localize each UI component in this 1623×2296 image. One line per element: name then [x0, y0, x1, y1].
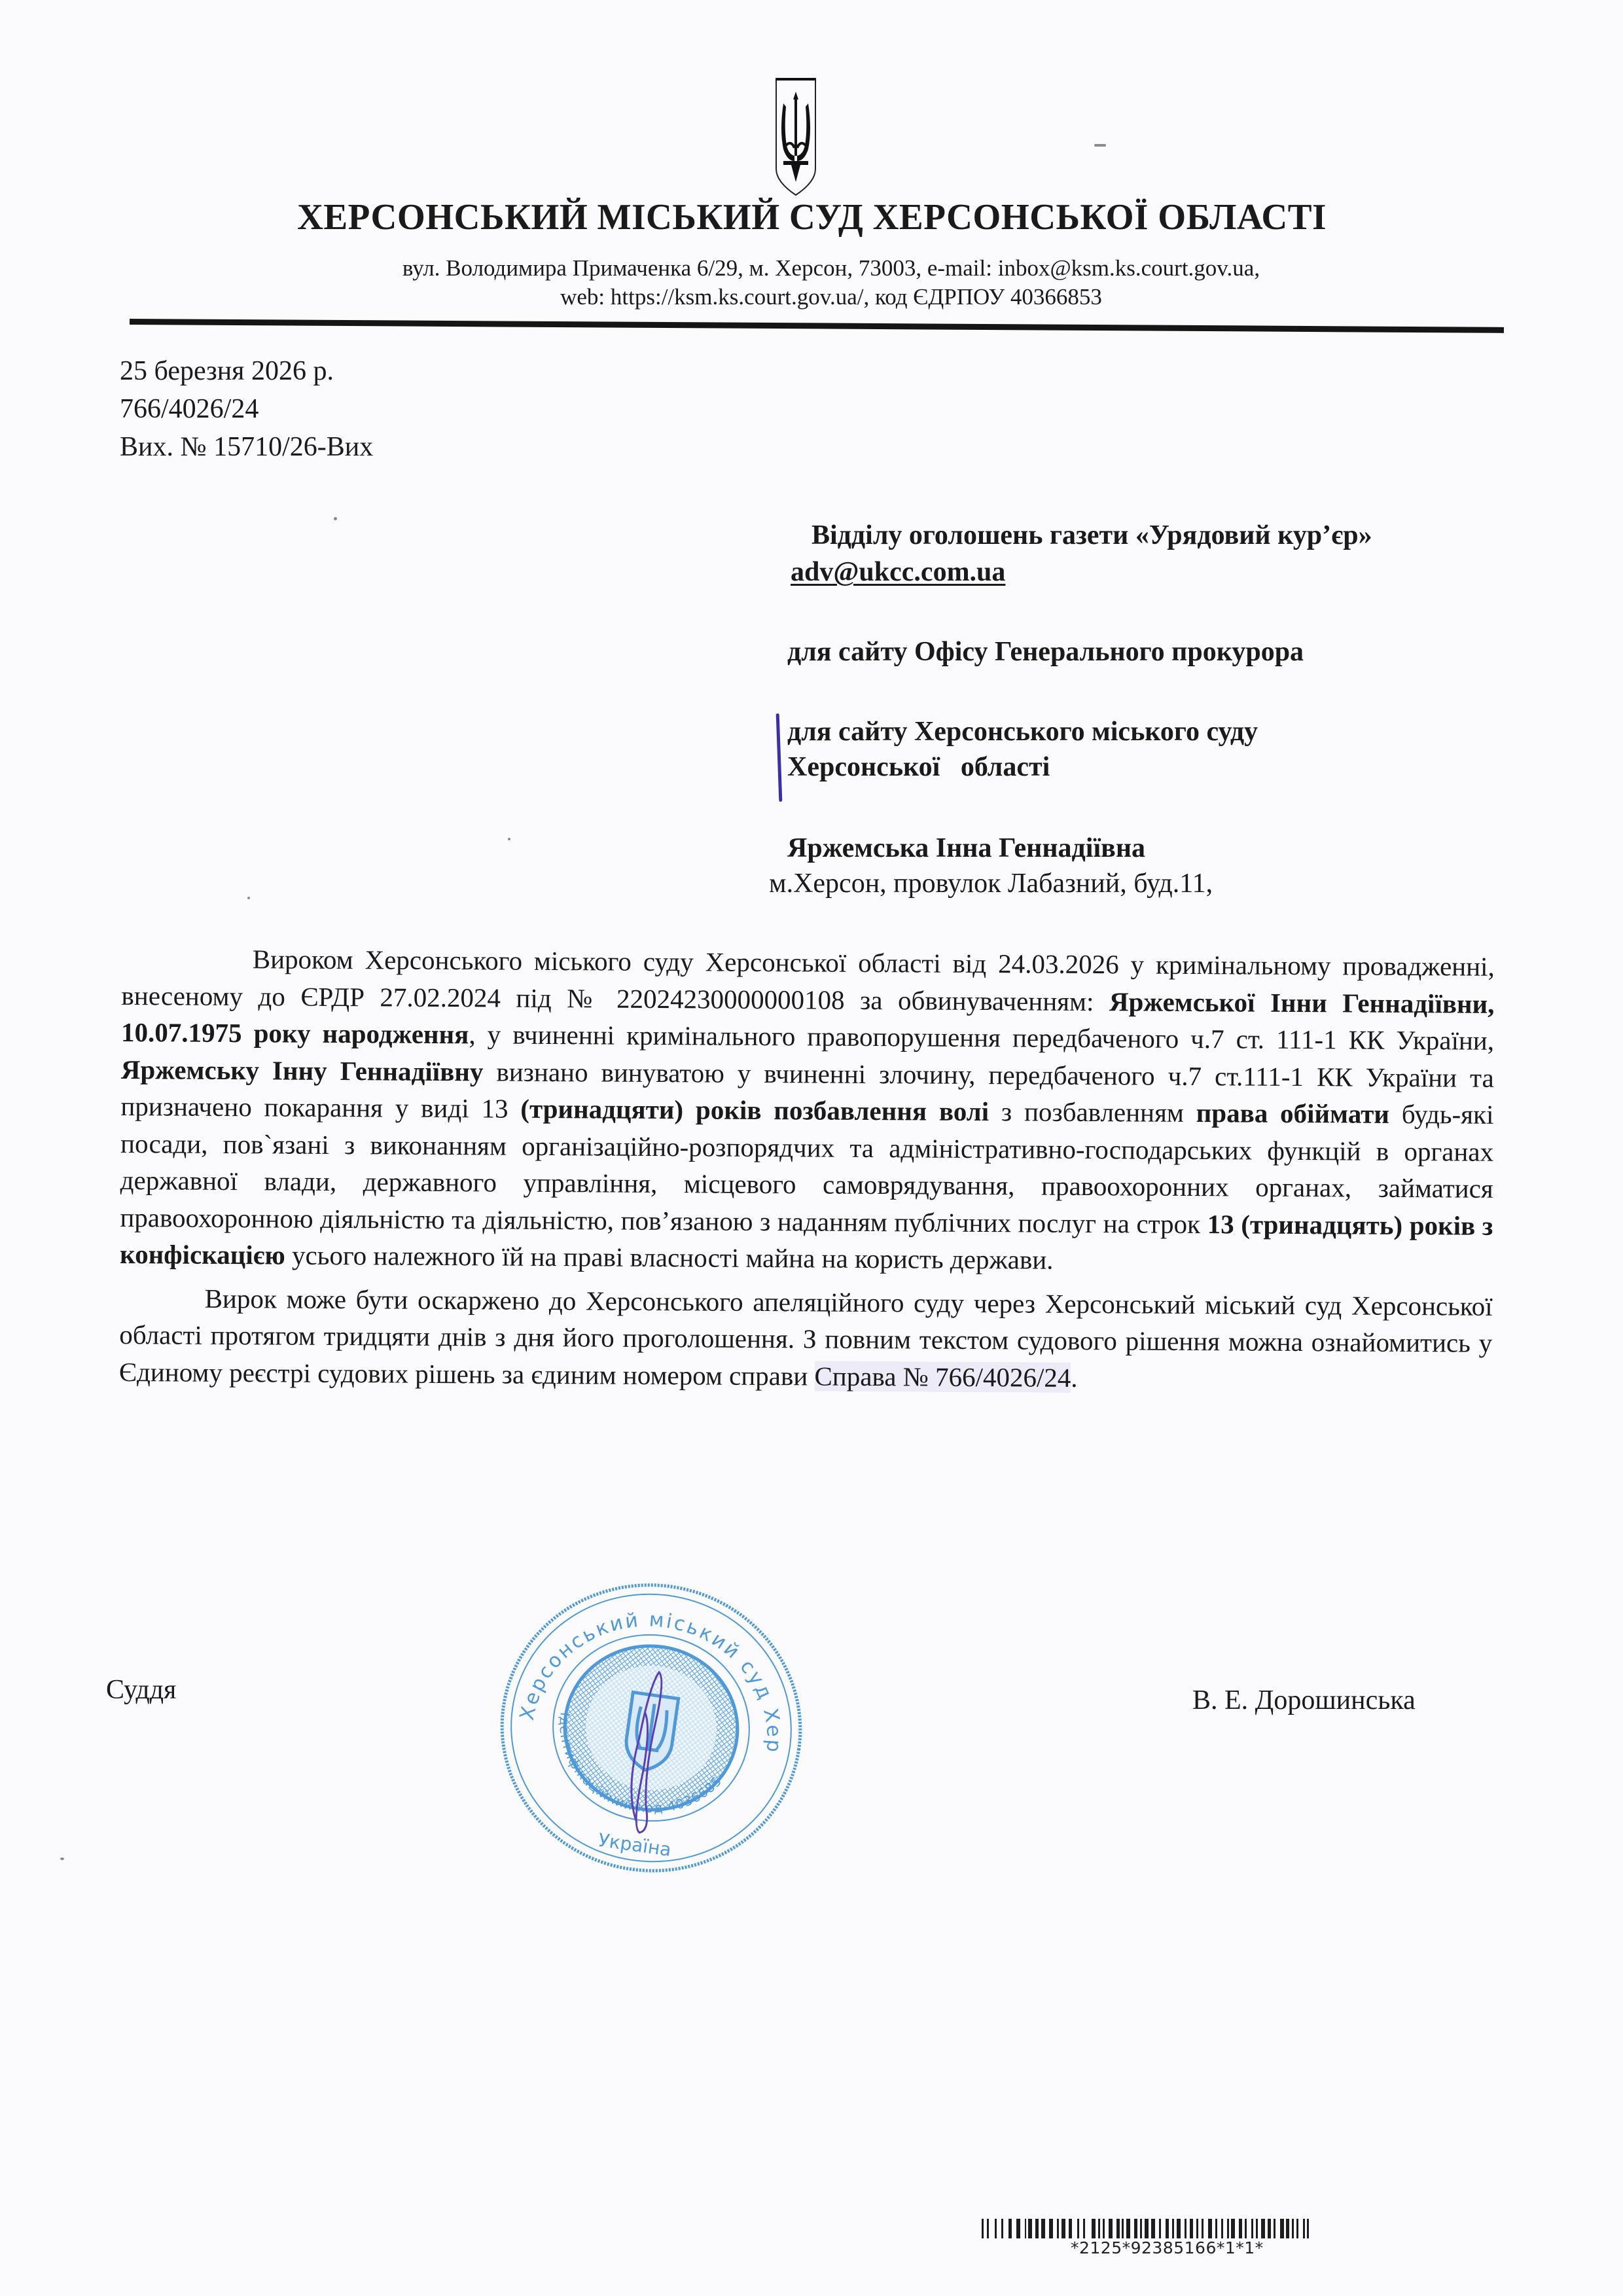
- defendant-name: Яржемську Інну Геннадіївну: [121, 1054, 484, 1086]
- body-text: Вирок може бути оскаржено до Херсонськог…: [119, 1283, 1493, 1391]
- appeal-paragraph: Вирок може бути оскаржено до Херсонськог…: [119, 1279, 1493, 1398]
- recipient-person-address: м.Херсон, провулок Лабазний, буд.11,: [769, 865, 1213, 902]
- letter-date: 25 березня 2026 р.: [120, 352, 373, 390]
- scan-speck: [1094, 144, 1106, 147]
- court-contact-block: вул. Володимира Примаченка 6/29, м. Херс…: [0, 254, 1623, 312]
- court-letter-page: ХЕРСОНСЬКИЙ МІСЬКИЙ СУД ХЕРСОНСЬКОЇ ОБЛА…: [0, 0, 1623, 2296]
- recipient-court-site-line-2: Херсонської області: [787, 749, 1050, 785]
- reference-block: 25 березня 2026 р. 766/4026/24 Вих. № 15…: [120, 352, 373, 466]
- scan-speck: [60, 1857, 64, 1860]
- barcode-number: *2125*92385166*1*1*: [1071, 2238, 1264, 2257]
- body-text: .: [1071, 1362, 1078, 1392]
- court-address-line: вул. Володимира Примаченка 6/29, м. Херс…: [0, 254, 1623, 283]
- court-web-line: web: https://ksm.ks.court.gov.ua/, код Є…: [0, 283, 1623, 312]
- court-seal-stamp: Херсонський міський суд Херсонської обла…: [488, 1574, 815, 1882]
- pen-mark: [776, 713, 783, 802]
- scan-speck: [334, 517, 337, 520]
- body-text: з позбавленням: [989, 1096, 1196, 1128]
- letter-body: Вироком Херсонського міського суду Херсо…: [119, 940, 1495, 1399]
- recipient-court-site-line-1: для сайту Херсонського міського суду: [787, 713, 1258, 750]
- header-divider: [130, 319, 1504, 333]
- court-name-heading: ХЕРСОНСЬКИЙ МІСЬКИЙ СУД ХЕРСОНСЬКОЇ ОБЛА…: [12, 196, 1611, 238]
- scan-speck: [508, 838, 510, 840]
- verdict-paragraph: Вироком Херсонського міського суду Херсо…: [120, 940, 1495, 1281]
- document-barcode: [982, 2215, 1492, 2238]
- stamp-bottom-text: Україна: [597, 1829, 673, 1861]
- trident-coat-of-arms-icon: [774, 77, 817, 196]
- recipient-newspaper-email[interactable]: adv@ukcc.com.ua: [791, 554, 1005, 590]
- judge-name: В. Е. Дорошинська: [1192, 1685, 1416, 1716]
- body-text: усього належного їй на праві власності м…: [285, 1240, 1054, 1275]
- recipient-prosecutor-site: для сайту Офісу Генерального прокурора: [787, 634, 1304, 670]
- judge-label: Суддя: [106, 1674, 176, 1706]
- sentence-term: (тринадцяти) років позбавлення волі: [520, 1094, 989, 1126]
- deprivation-of-right: права обіймати: [1196, 1098, 1390, 1129]
- scan-speck: [247, 897, 250, 899]
- recipient-person-name: Яржемська Інна Геннадіївна: [787, 830, 1145, 867]
- outgoing-number: Вих. № 15710/26-Вих: [120, 428, 373, 466]
- recipient-newspaper: Відділу оголошень газети «Урядовий кур’є…: [811, 517, 1372, 554]
- case-reference: Справа № 766/4026/24: [814, 1361, 1071, 1392]
- case-number: 766/4026/24: [120, 390, 373, 428]
- body-text: , у вчиненні кримінального правопорушенн…: [469, 1019, 1494, 1056]
